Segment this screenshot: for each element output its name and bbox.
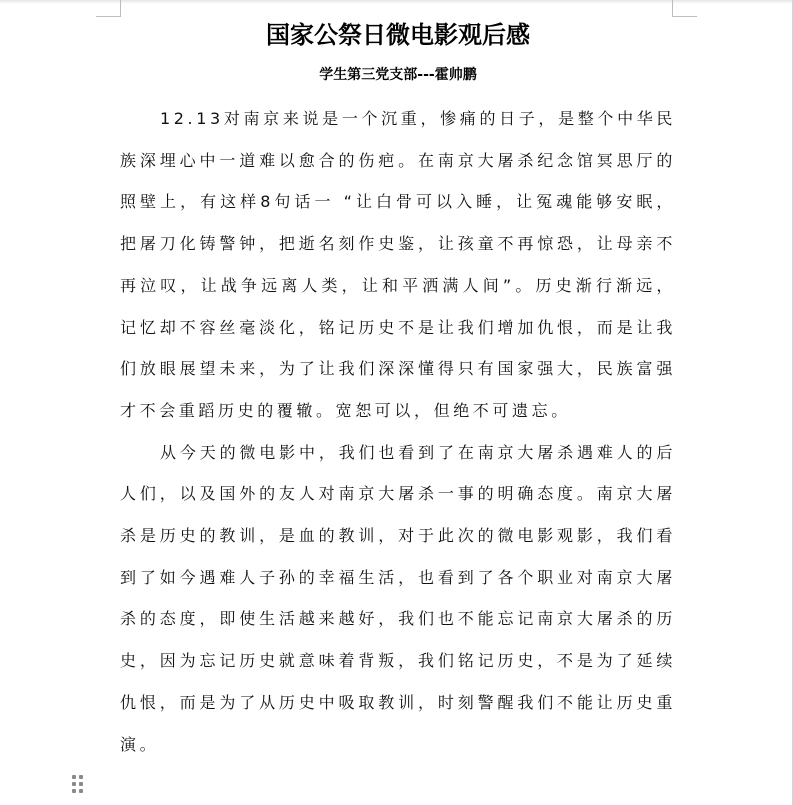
document-author-line: 学生第三党支部---霍帅鹏	[120, 64, 676, 86]
document-body[interactable]: 12.13对南京来说是一个沉重，惨痛的日子，是整个中华民族深埋心中一道难以愈合的…	[120, 98, 676, 765]
drag-dot	[79, 782, 83, 786]
drag-dot	[72, 789, 76, 793]
drag-dot	[72, 775, 76, 779]
drag-handle-icon[interactable]	[72, 775, 86, 797]
drag-dot	[72, 782, 76, 786]
top-left-corner-mark	[96, 0, 121, 17]
top-right-corner-mark	[672, 0, 697, 17]
drag-dot	[79, 789, 83, 793]
paragraph-2[interactable]: 从今天的微电影中，我们也看到了在南京大屠杀遇难人的后人们，以及国外的友人对南京大…	[120, 432, 676, 766]
drag-dot	[79, 775, 83, 779]
document-title: 国家公祭日微电影观后感	[120, 18, 676, 52]
paragraph-1[interactable]: 12.13对南京来说是一个沉重，惨痛的日子，是整个中华民族深埋心中一道难以愈合的…	[120, 98, 676, 432]
